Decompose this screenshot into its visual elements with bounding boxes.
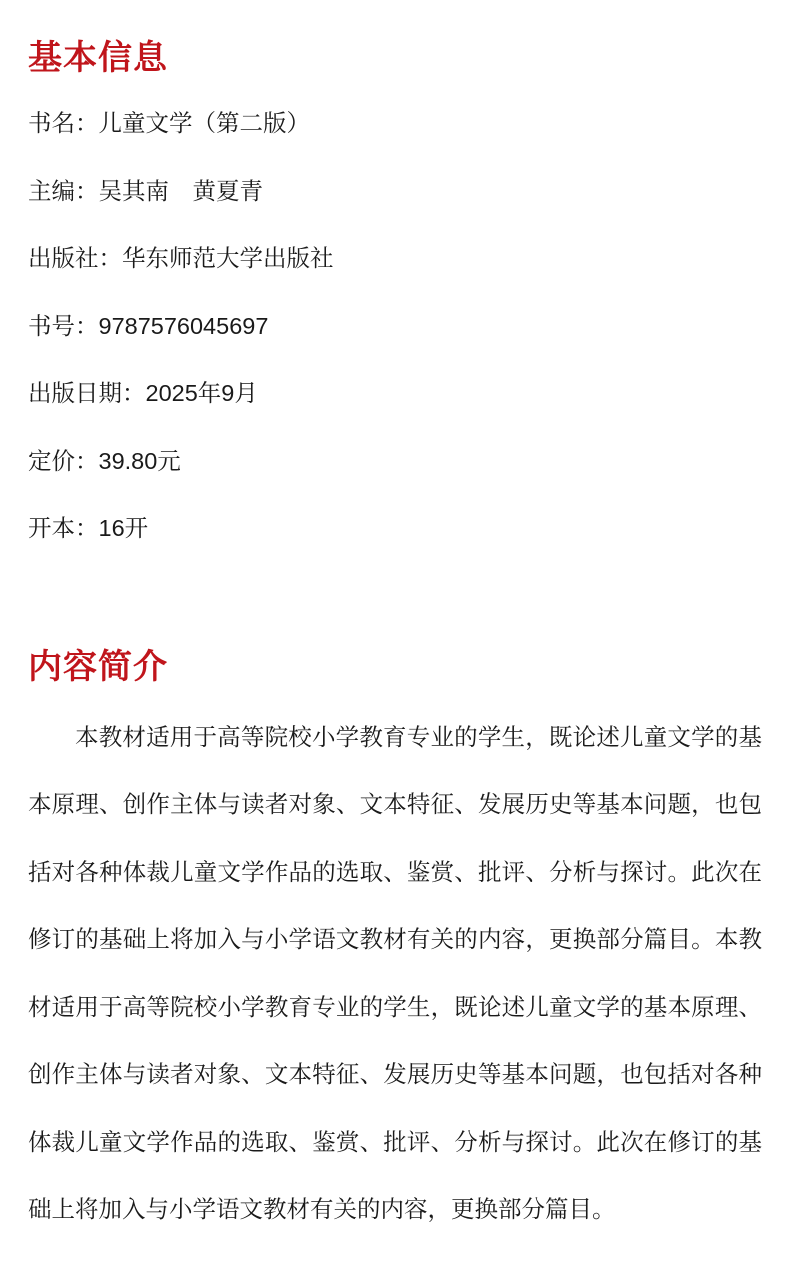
basic-info-list: 书名：儿童文学（第二版） 主编：吴其南 黄夏青 出版社：华东师范大学出版社 书号… <box>28 90 762 563</box>
info-value: 9787576045697 <box>99 313 269 339</box>
info-value: 2025年9月 <box>146 380 258 406</box>
info-value: 华东师范大学出版社 <box>122 245 334 271</box>
basic-info-heading: 基本信息 <box>28 38 762 78</box>
info-row-pubdate: 出版日期：2025年9月 <box>28 360 762 428</box>
content-intro-heading: 内容简介 <box>28 647 762 687</box>
info-label: 定价： <box>28 448 99 474</box>
info-row-editors: 主编：吴其南 黄夏青 <box>28 158 762 226</box>
info-row-price: 定价：39.80元 <box>28 428 762 496</box>
info-row-publisher: 出版社：华东师范大学出版社 <box>28 225 762 293</box>
info-row-isbn: 书号：9787576045697 <box>28 293 762 361</box>
info-label: 出版日期： <box>28 380 146 406</box>
info-value: 16开 <box>99 515 149 541</box>
content-intro-paragraph: 本教材适用于高等院校小学教育专业的学生，既论述儿童文学的基本原理、创作主体与读者… <box>28 704 762 1244</box>
info-label: 书名： <box>28 110 99 136</box>
info-value: 吴其南 黄夏青 <box>99 178 264 204</box>
info-label: 出版社： <box>28 245 122 271</box>
info-label: 开本： <box>28 515 99 541</box>
info-label: 主编： <box>28 178 99 204</box>
info-value: 39.80元 <box>99 448 181 474</box>
info-row-title: 书名：儿童文学（第二版） <box>28 90 762 158</box>
info-row-format: 开本：16开 <box>28 495 762 563</box>
info-label: 书号： <box>28 313 99 339</box>
book-info-page: 基本信息 书名：儿童文学（第二版） 主编：吴其南 黄夏青 出版社：华东师范大学出… <box>0 0 790 1279</box>
info-value: 儿童文学（第二版） <box>99 110 311 136</box>
